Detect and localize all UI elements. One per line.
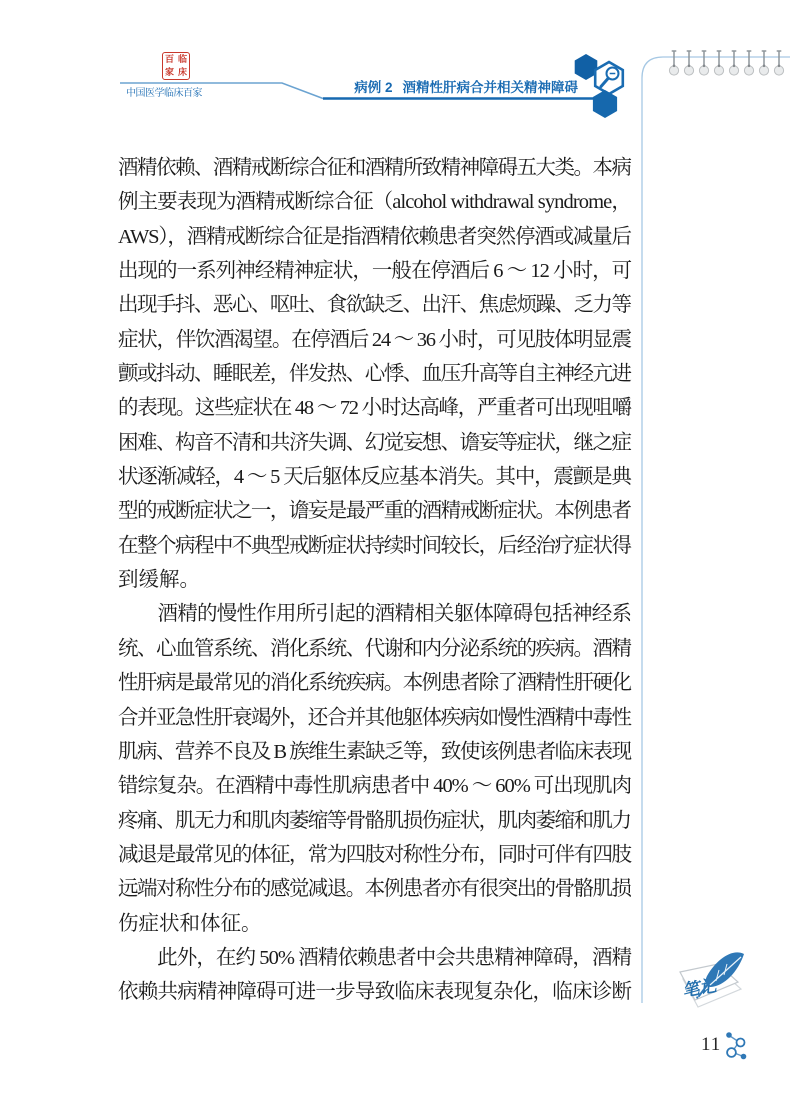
seal-char: 床 <box>178 67 187 78</box>
seal-char: 百 <box>165 54 174 65</box>
seal-char: 临 <box>178 54 187 65</box>
book-page: 百 临 家 床 中国医学临床百家 病例 2酒精性肝病合并相关精神障碍 酒精依赖、… <box>0 0 790 1110</box>
text-line: 肌病、营养不良及 B 族维生素缺乏等，致使该例患者临床表现 <box>118 735 632 769</box>
body-text: 酒精依赖、酒精戒断综合征和酒精所致精神障碍五大类。本病 例主要表现为酒精戒断综合… <box>118 151 632 1010</box>
text-line: 错综复杂。在酒精中毒性肌病患者中 40% ～ 60% 可出现肌肉 <box>118 769 632 803</box>
page-number: 11 <box>701 1034 721 1056</box>
chapter-title: 酒精性肝病合并相关精神障碍 <box>403 80 579 95</box>
text-line: 酒精的慢性作用所引起的酒精相关躯体障碍包括神经系 <box>118 597 632 631</box>
text-line: 远端对称性分布的感觉减退。本例患者亦有很突出的骨骼肌损 <box>118 872 632 906</box>
text-line: 困难、构音不清和共济失调、幻觉妄想、谵妄等症状，继之症 <box>118 426 632 460</box>
brand-seal: 百 临 家 床 <box>162 52 190 80</box>
text-line: 疼痛、肌无力和肌肉萎缩等骨骼肌损伤症状，肌肉萎缩和肌力 <box>118 804 632 838</box>
text-line: 颤或抖动、睡眠差，伴发热、心悸、血压升高等自主神经亢进 <box>118 357 632 391</box>
text-line: 减退是最常见的体征，常为四肢对称性分布，同时可伴有四肢 <box>118 838 632 872</box>
text-line: 型的戒断症状之一，谵妄是最严重的酒精戒断症状。本例患者 <box>118 494 632 528</box>
notes-decoration: 笔记 <box>658 940 763 1015</box>
text-line: 例主要表现为酒精戒断综合征（alcohol withdrawal syndrom… <box>118 185 632 219</box>
hexagon-icon <box>593 90 617 118</box>
text-line: 状逐渐减轻，4 ～ 5 天后躯体反应基本消失。其中，震颤是典 <box>118 460 632 494</box>
text-line: 性肝病是最常见的消化系统疾病。本例患者除了酒精性肝硬化 <box>118 666 632 700</box>
text-line: 酒精依赖、酒精戒断综合征和酒精所致精神障碍五大类。本病 <box>118 151 632 185</box>
margin-line <box>642 57 790 1003</box>
text-line: 此外，在约 50% 酒精依赖患者中会共患精神障碍，酒精 <box>118 941 632 975</box>
seal-char: 家 <box>165 67 174 78</box>
text-line: 出现的一系列神经精神症状，一般在停酒后 6 ～ 12 小时，可 <box>118 254 632 288</box>
text-line: 依赖共病精神障碍可进一步导致临床表现复杂化，临床诊断 <box>118 975 632 1009</box>
text-line: 的表现。这些症状在 48 ～ 72 小时达高峰，严重者可出现咀嚼 <box>118 391 632 425</box>
running-head: 病例 2酒精性肝病合并相关精神障碍 <box>300 76 578 96</box>
text-line: 出现手抖、恶心、呕吐、食欲缺乏、出汗、焦虑烦躁、乏力等 <box>118 288 632 322</box>
text-line: 伤症状和体征。 <box>118 907 632 941</box>
hexagon-magnifier-icon <box>568 50 628 120</box>
text-line: AWS），酒精戒断综合征是指酒精依赖患者突然停酒或减量后 <box>118 220 632 254</box>
text-line: 在整个病程中不典型戒断症状持续时间较长，后经治疗症状得 <box>118 529 632 563</box>
text-line: 合并亚急性肝衰竭外，还合并其他躯体疾病如慢性酒精中毒性 <box>118 701 632 735</box>
case-number: 病例 2 <box>354 80 392 95</box>
text-line: 症状，伴饮酒渴望。在停酒后 24 ～ 36 小时，可见肢体明显震 <box>118 323 632 357</box>
text-line: 统、心血管系统、消化系统、代谢和内分泌系统的疾病。酒精 <box>118 632 632 666</box>
series-title: 中国医学临床百家 <box>126 84 202 99</box>
molecule-icon <box>722 1028 752 1062</box>
text-line: 到缓解。 <box>118 563 632 597</box>
